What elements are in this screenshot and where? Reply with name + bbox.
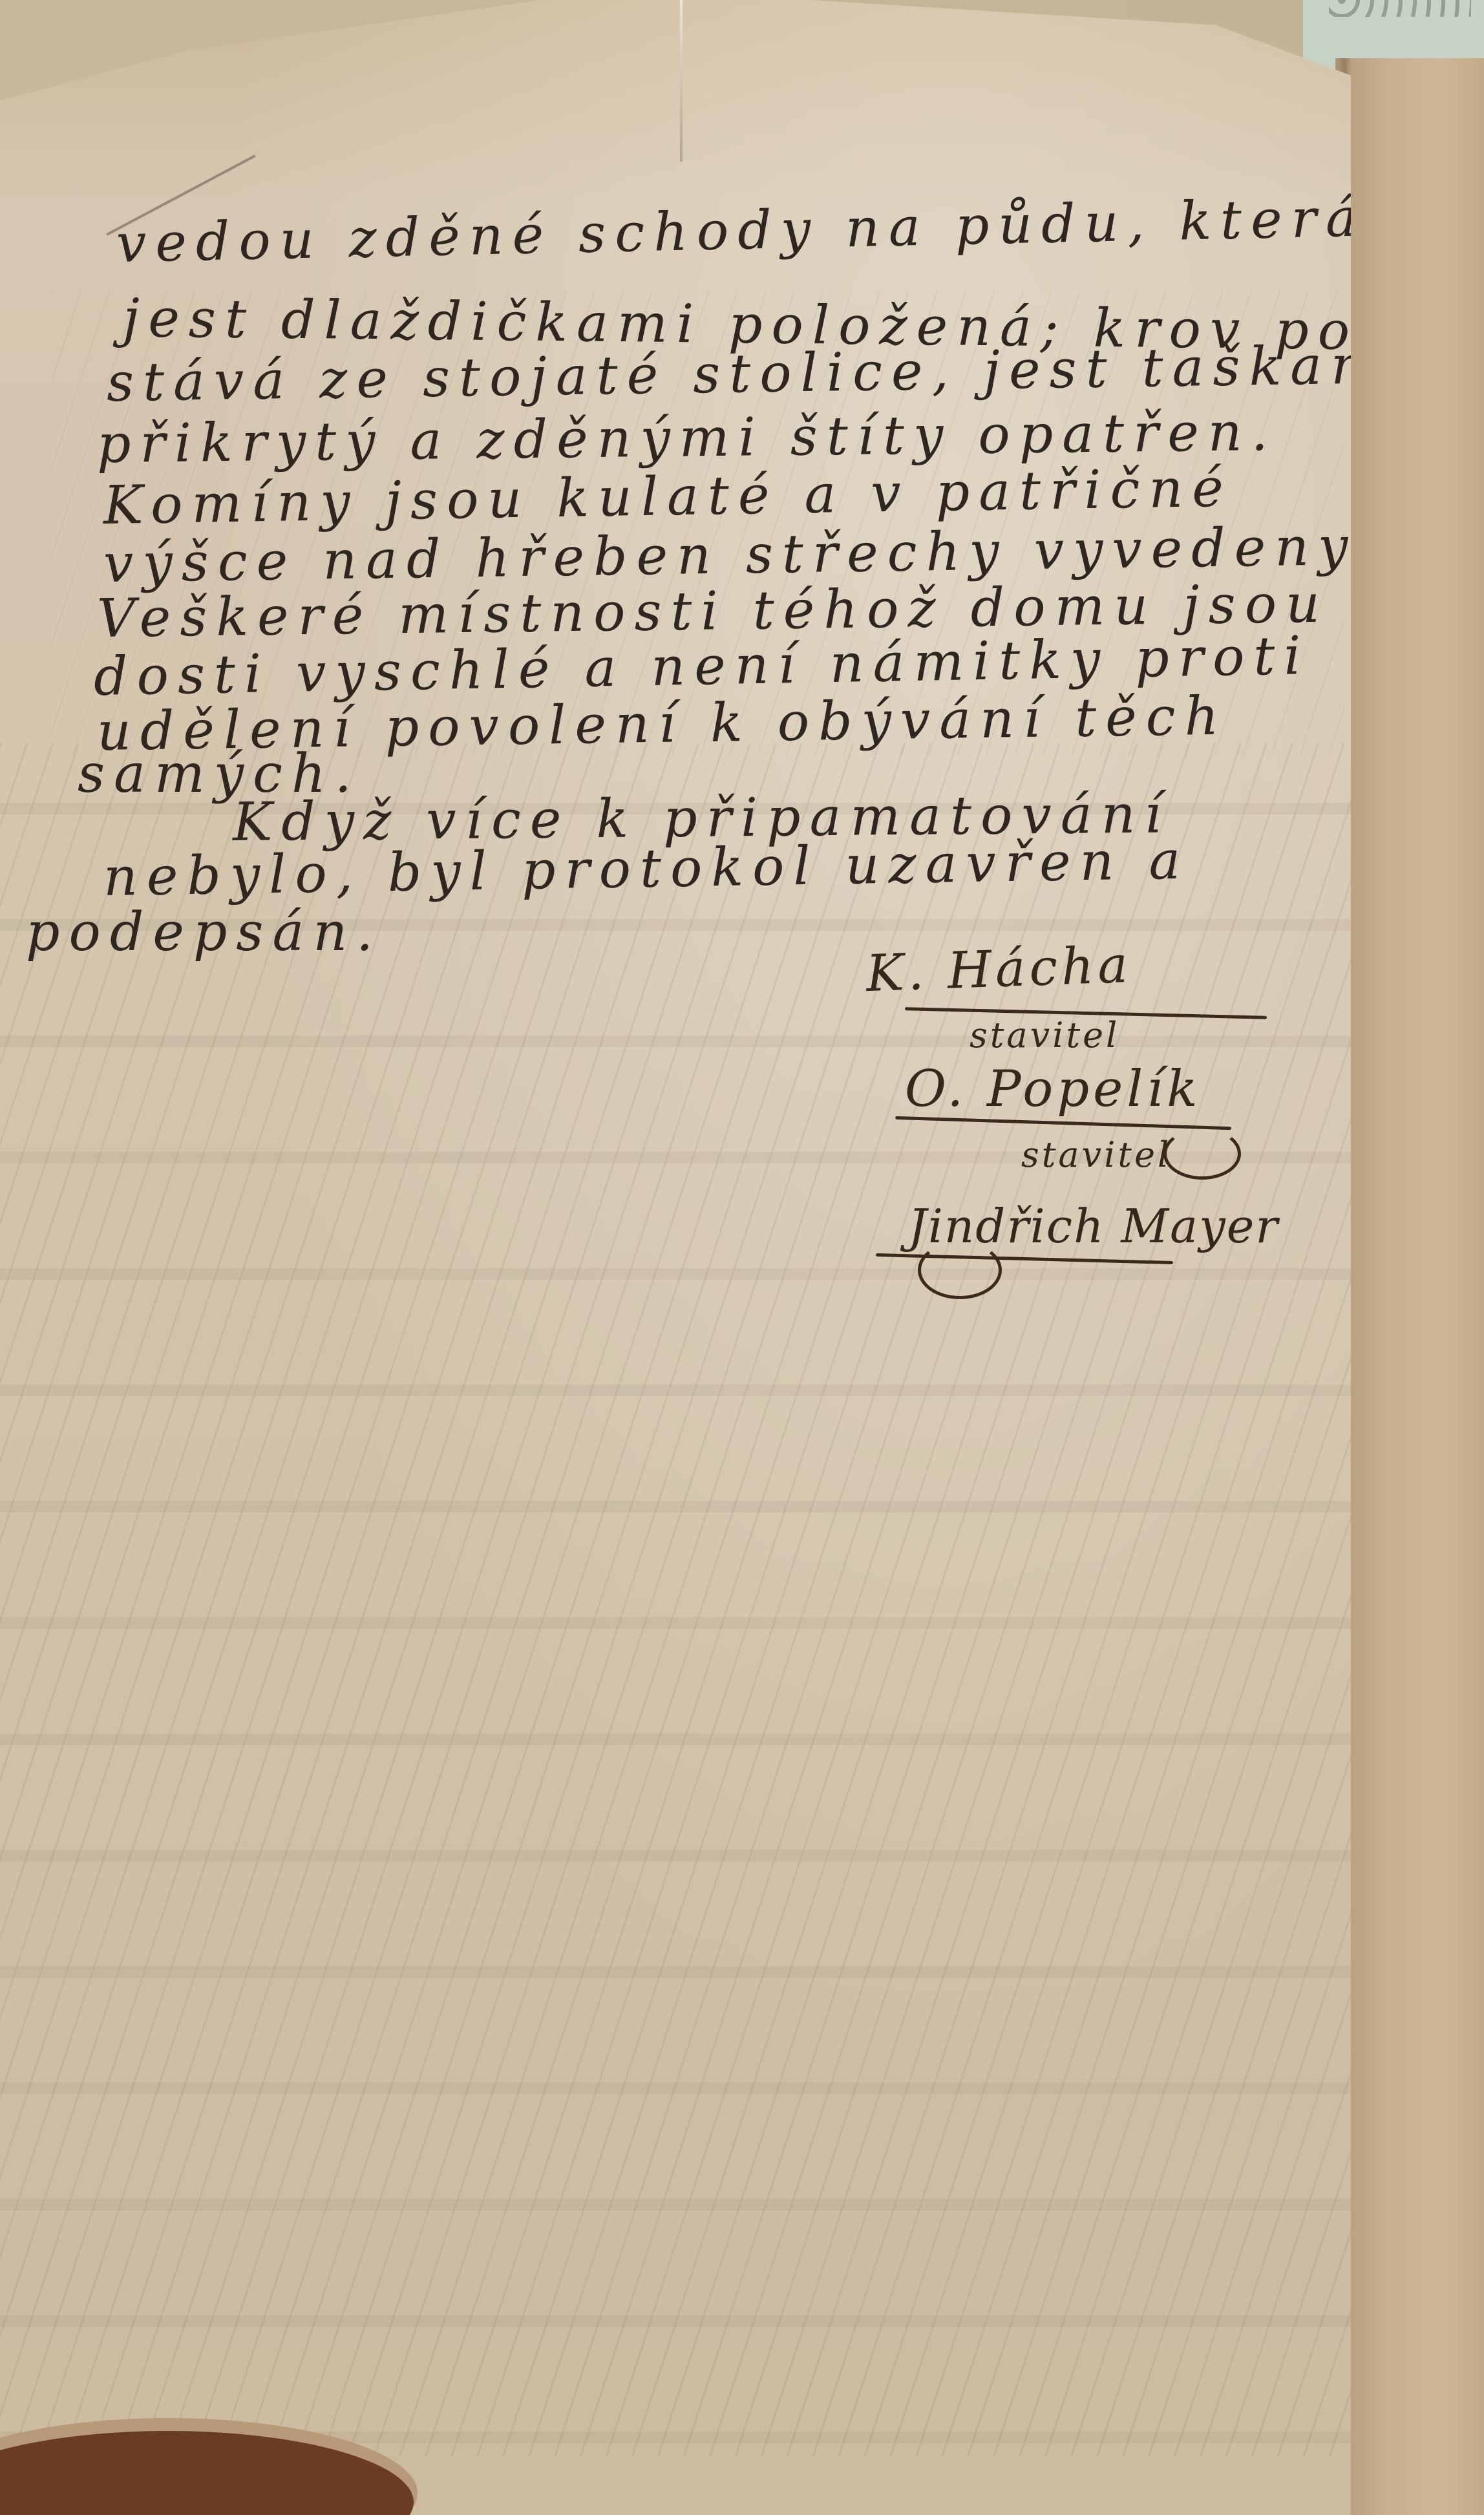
closing-line-3: podepsán. xyxy=(26,902,382,963)
body-line-1: vedou zděné schody na půdu, která xyxy=(116,187,1367,275)
signature-3-flourish xyxy=(918,1241,1002,1299)
signature-2-name: O. Popelík xyxy=(905,1060,1202,1118)
signature-1-role: stavitel xyxy=(970,1015,1119,1056)
book-binding-next-page xyxy=(1335,58,1484,2515)
signature-1-name: K. Hácha xyxy=(865,936,1133,1003)
signature-2-flourish xyxy=(1163,1128,1241,1180)
photo-scene: vedou zděné schody na půdu, která jest d… xyxy=(0,0,1484,2515)
bleed-through-writing xyxy=(0,743,1351,2456)
document-page: vedou zděné schody na půdu, která jest d… xyxy=(0,0,1351,2515)
signature-2-role: stavitel xyxy=(1021,1134,1171,1175)
